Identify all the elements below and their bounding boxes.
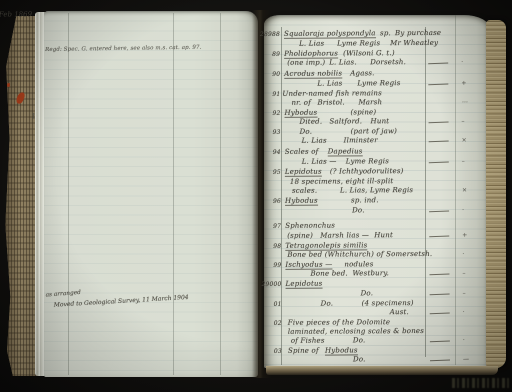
ditto-dash <box>429 236 449 238</box>
entry-text: Dited. <box>300 118 323 126</box>
entry-text: (? Ichthyodorulites) <box>330 167 404 175</box>
entry-text: L. Lias <box>317 79 342 87</box>
ditto-dash <box>428 84 448 86</box>
taxon-name: Squaloraja polyspondyla <box>284 29 376 39</box>
taxon-name: Hybodus <box>285 197 318 206</box>
taxon-name: Lepidotus <box>285 168 322 177</box>
entry-text: (spine) <box>287 232 313 240</box>
entry-text: (part of jaw) <box>351 127 398 135</box>
date-column-mark: · <box>461 59 463 66</box>
entry-number: 28988 <box>256 31 280 38</box>
entry-text: (spine) <box>350 108 376 116</box>
entry-text: 18 specimens, eight ill-split <box>290 177 394 186</box>
entry-text: Bristol. <box>317 98 344 106</box>
entry-number: 96 <box>257 198 281 205</box>
entry-text: (4 specimens) <box>362 299 414 307</box>
entry-text: nodules <box>344 260 373 268</box>
taxon-name: Dapedius <box>328 147 363 156</box>
entry-text: Do. <box>352 206 365 214</box>
left-page-bottom-annotation-1: as arranged <box>45 290 81 299</box>
entry-text: Scales of <box>285 148 319 156</box>
date-column-mark: – <box>462 158 465 165</box>
entry-text: Lyme Regis <box>346 157 389 165</box>
date-column-mark: · <box>463 337 465 344</box>
entry-number: 95 <box>257 169 281 176</box>
ditto-dash <box>430 313 450 315</box>
entry-text: Dorsetsh. <box>370 58 406 66</box>
entry-text: Do. <box>321 300 334 308</box>
taxon-name: Acrodus nobilis <box>284 69 342 78</box>
ditto-dash <box>429 211 449 213</box>
entry-text: Do. <box>300 128 313 136</box>
date-column-mark: · <box>462 207 464 214</box>
entry-text: L. Lias. <box>329 58 357 66</box>
entry-text: L. Lias — <box>302 158 337 166</box>
entry-number: 01 <box>258 301 282 308</box>
date-column-mark: — <box>463 356 469 363</box>
entry-text: By purchase <box>395 29 441 37</box>
entry-text: Bone bed (Whitchurch) of Somersetsh. <box>287 250 432 259</box>
date-column-mark: – <box>462 118 465 125</box>
entry-number: 29000 <box>258 281 282 288</box>
acquisition-date: Feb 1869 <box>0 10 32 18</box>
register-rows: 28988Squaloraja polyspondylasp.By purcha… <box>0 17 511 20</box>
date-column-mark: · <box>463 309 465 316</box>
entry-text: Under-named fish remains <box>282 89 382 98</box>
date-column-mark: – <box>463 290 466 297</box>
entry-text: L. Lias <box>299 40 324 48</box>
entry-number: 91 <box>256 91 280 98</box>
entry-text: Ilminster <box>344 136 378 144</box>
entry-number: 94 <box>257 149 281 156</box>
entry-text: Do. <box>353 355 366 363</box>
date-column-mark: · <box>462 251 464 258</box>
entry-text: L. Lias, Lyme Regis <box>340 186 413 194</box>
entry-text: Hunt <box>371 117 390 125</box>
ditto-dash <box>429 162 449 164</box>
entry-text: laminated, enclosing scales & bones <box>288 327 424 336</box>
entry-number: 92 <box>256 110 280 117</box>
entry-text: Lyme Regis <box>337 39 380 47</box>
entry-number: 90 <box>256 71 280 78</box>
entry-text: Sphenonchus <box>285 222 335 230</box>
entry-text: Do. <box>353 336 366 344</box>
entry-text: Aust. <box>390 308 409 316</box>
entry-number: 02 <box>258 320 282 327</box>
date-column-mark: – <box>462 270 465 277</box>
entry-number: 99 <box>257 262 281 269</box>
entry-text: nr. of <box>291 99 311 107</box>
register-book-photo: Regd: Spec. G. entered here, see also m.… <box>0 0 512 392</box>
entry-number: 97 <box>257 223 281 230</box>
ditto-dash <box>430 294 450 296</box>
date-column-mark: × <box>462 137 467 144</box>
pencil-edge-mark: 1 <box>31 112 36 120</box>
entry-text: (one imp.) <box>287 59 325 67</box>
entry-number: 93 <box>257 129 281 136</box>
handwriting-layer: Regd: Spec. G. entered here, see also m.… <box>0 0 512 392</box>
entry-text: Mr Wheatley <box>390 39 438 47</box>
entry-text: scales. <box>292 187 317 195</box>
ditto-dash <box>429 141 449 143</box>
entry-number: 03 <box>258 348 282 355</box>
ditto-dash <box>429 122 449 124</box>
taxon-name: Hybodus <box>325 346 358 355</box>
date-column-mark: × <box>462 187 467 194</box>
ditto-dash <box>430 360 450 362</box>
entry-number: 98 <box>257 243 281 250</box>
entry-text: of Fishes <box>291 337 325 345</box>
entry-text: Marsh <box>358 98 382 106</box>
taxon-name: Ischyodus — <box>285 261 332 270</box>
entry-text: Lyme Regis <box>357 79 400 87</box>
entry-text: Marsh lias — <box>320 231 369 239</box>
entry-text: Hunt <box>374 231 393 239</box>
entry-text: L. Lias <box>302 137 327 145</box>
ditto-dash <box>430 341 450 343</box>
left-page-top-annotation: Regd: Spec. G. entered here, see also m.… <box>45 45 201 53</box>
entry-text: Do. <box>361 289 374 297</box>
entry-text: Spine of <box>288 347 319 355</box>
entry-text: Westbury. <box>352 269 389 277</box>
entry-text: Saltford. <box>330 117 363 125</box>
date-column-mark: + <box>461 80 466 87</box>
entry-text: sp. <box>380 29 391 37</box>
entry-number: 89 <box>256 51 280 58</box>
entry-text: sp. ind. <box>351 196 379 204</box>
entry-text: (Wilsoni G. t.) <box>343 49 395 57</box>
date-column-mark: + <box>462 232 467 239</box>
date-column-mark: ⋯ <box>461 99 467 106</box>
ditto-dash <box>429 274 449 276</box>
ditto-dash <box>428 63 448 65</box>
taxon-name: Lepidotus <box>286 280 323 289</box>
entry-text: Agass. <box>350 69 374 77</box>
entry-text: Bone bed. <box>310 269 347 277</box>
taxon-name: Pholidophorus <box>284 49 338 58</box>
entry-text: Five pieces of the Dolomite <box>288 318 390 327</box>
taxon-name: Hybodus <box>284 109 317 118</box>
